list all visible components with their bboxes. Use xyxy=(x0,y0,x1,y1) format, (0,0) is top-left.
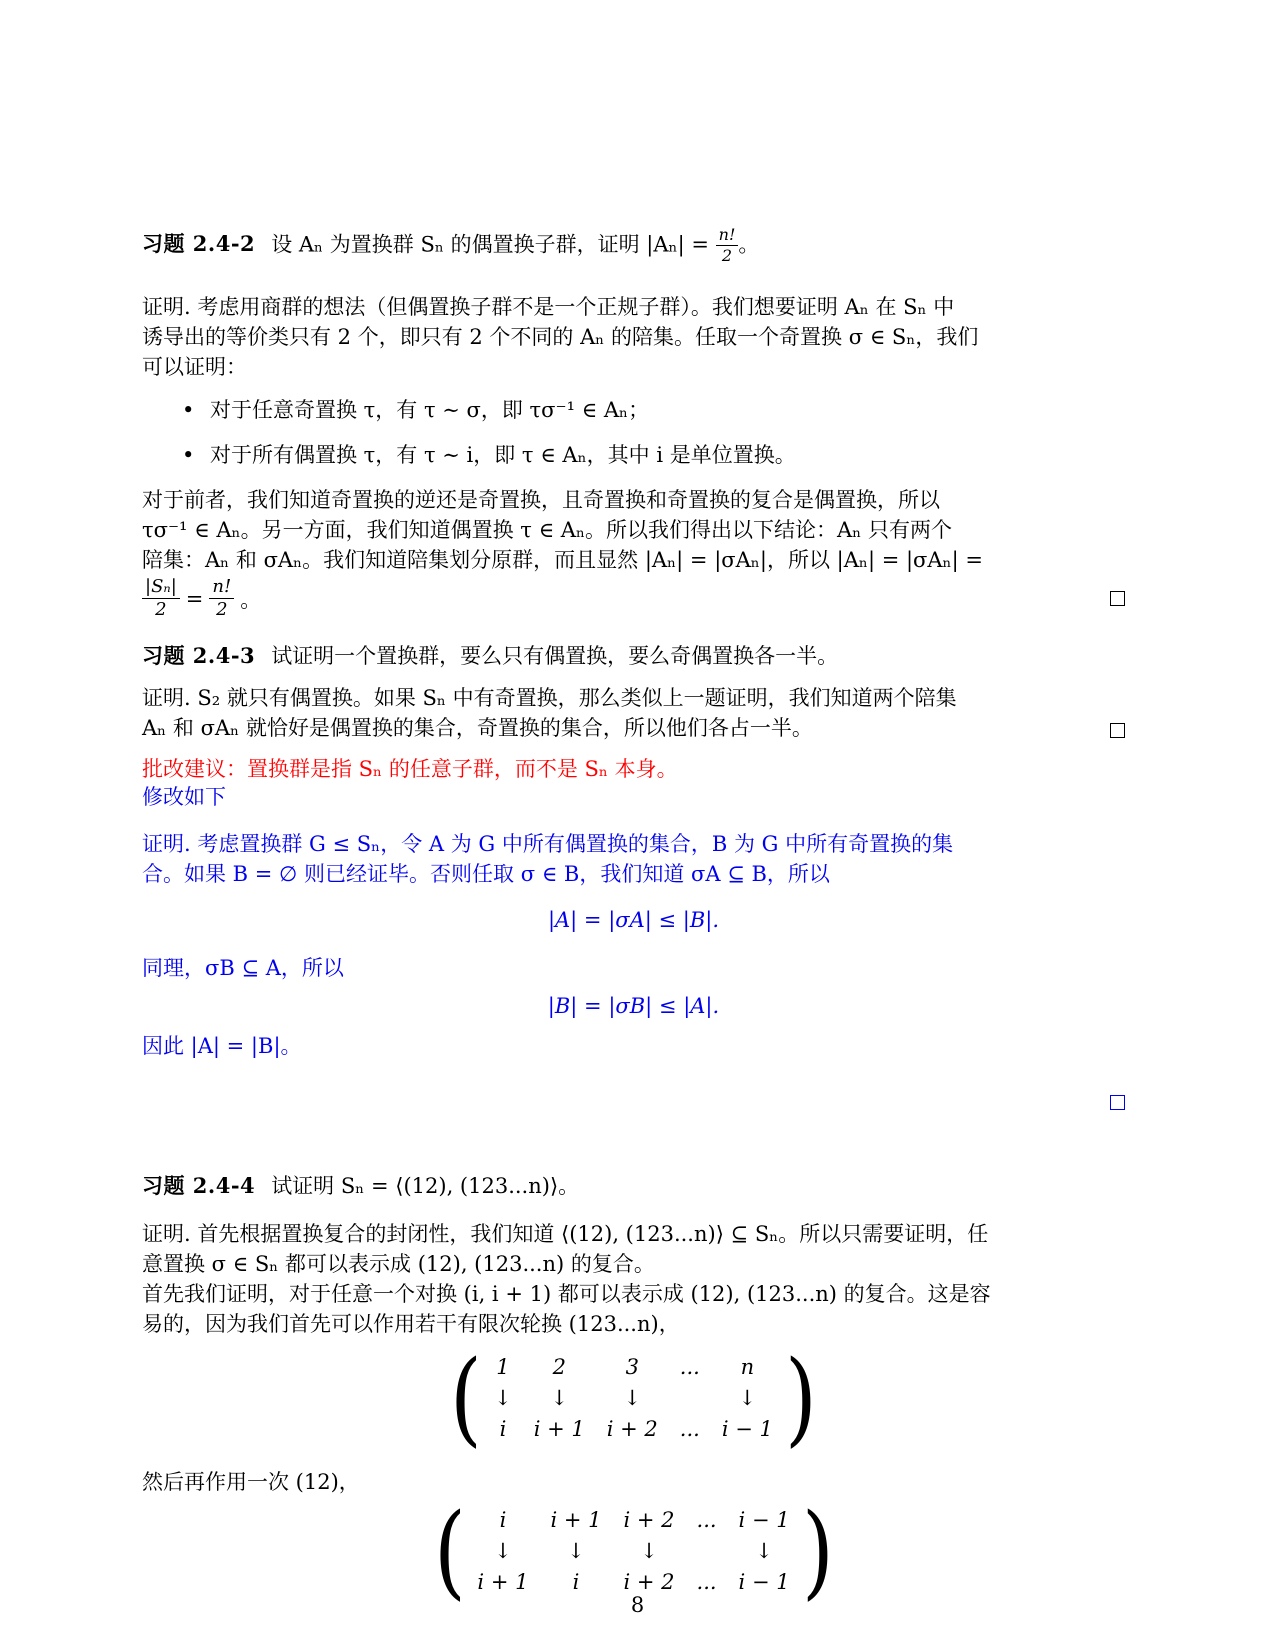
exercise-243-label: 习题 2.4-3 xyxy=(142,643,255,668)
page-number: 8 xyxy=(0,1593,1275,1617)
qed-box xyxy=(1110,591,1125,606)
down-arrow-icon: ↓ xyxy=(722,1383,773,1414)
down-arrow-icon: ↓ xyxy=(623,1536,674,1567)
exercise-242-statement: 设 Aₙ 为置换群 Sₙ 的偶置换子群，证明 |Aₙ| = xyxy=(271,232,715,256)
matrix-2-grid: i i + 1 i + 2 ... i − 1 ↓ ↓ ↓ ↓ i + 1 i … xyxy=(469,1505,797,1598)
exercise-242-label: 习题 2.4-2 xyxy=(142,231,255,256)
sentence-end: 。 xyxy=(240,584,261,614)
exercise-243-heading: 习题 2.4-3试证明一个置换群，要么只有偶置换，要么奇偶置换各一半。 xyxy=(142,641,1125,671)
down-arrow-icon: ↓ xyxy=(607,1383,658,1414)
fraction-n-factorial-over-2: n!2 xyxy=(716,226,739,266)
down-arrow-icon: ↓ xyxy=(550,1536,601,1567)
review-note: 批改建议：置换群是指 Sₙ 的任意子群，而不是 Sₙ 本身。 xyxy=(142,755,1125,783)
exercise-243-statement: 试证明一个置换群，要么只有偶置换，要么奇偶置换各一半。 xyxy=(271,644,838,668)
revised-proof-qed-line xyxy=(142,1095,1125,1111)
permutation-matrix-2: ( i i + 1 i + 2 ... i − 1 ↓ ↓ ↓ ↓ i + 1 … xyxy=(142,1502,1125,1602)
matrix-cell: i − 1 xyxy=(722,1414,773,1445)
matrix-cell: i + 2 xyxy=(607,1414,658,1445)
proof-243-block: 证明. S₂ 就只有偶置换。如果 Sₙ 中有奇置换，那么类似上一题证明，我们知道… xyxy=(142,683,1125,743)
proof-242-paragraph-2: 对于前者，我们知道奇置换的逆还是奇置换，且奇置换和奇置换的复合是偶置换，所以 τ… xyxy=(142,485,1125,575)
matrix-cell: 1 xyxy=(494,1352,512,1383)
matrix-cell: ... xyxy=(697,1505,717,1536)
matrix-cell: i xyxy=(494,1414,512,1445)
matrix-cell: n xyxy=(722,1352,773,1383)
bullet-item-odd-permutation: 对于任意奇置换 τ，有 τ ∼ σ，即 τσ⁻¹ ∈ Aₙ； xyxy=(210,395,1125,425)
equals-sign: = xyxy=(186,587,204,611)
exercise-242-heading: 习题 2.4-2设 Aₙ 为置换群 Sₙ 的偶置换子群，证明 |Aₙ| = n!… xyxy=(142,226,1125,266)
proof-242-final-equation-line: |Sₙ|2 = n!2 。 xyxy=(142,575,1125,623)
matrix-cell: ... xyxy=(680,1414,700,1445)
proof-242-bullet-list: 对于任意奇置换 τ，有 τ ∼ σ，即 τσ⁻¹ ∈ Aₙ； 对于所有偶置换 τ… xyxy=(142,395,1125,470)
final-equation: |Sₙ|2 = n!2 。 xyxy=(142,577,261,621)
left-parenthesis: ( xyxy=(450,1349,482,1449)
proof-243-paragraph: 证明. S₂ 就只有偶置换。如果 Sₙ 中有奇置换，那么类似上一题证明，我们知道… xyxy=(142,683,1125,743)
matrix-cell: 2 xyxy=(534,1352,585,1383)
down-arrow-icon: ↓ xyxy=(494,1383,512,1414)
document-page: 习题 2.4-2设 Aₙ 为置换群 Sₙ 的偶置换子群，证明 |Aₙ| = n!… xyxy=(0,0,1275,1650)
proof-244-mid-text: 然后再作用一次 (12)， xyxy=(142,1467,1125,1497)
revised-proof-paragraph-2: 同理，σB ⊆ A，所以 xyxy=(142,953,1125,983)
revised-proof-paragraph-3: 因此 |A| = |B|。 xyxy=(142,1031,1125,1061)
fraction-n-factorial-over-2: n!2 xyxy=(209,577,234,621)
matrix-cell: 3 xyxy=(607,1352,658,1383)
page-content: 习题 2.4-2设 Aₙ 为置换群 Sₙ 的偶置换子群，证明 |Aₙ| = n!… xyxy=(142,226,1125,1602)
down-arrow-icon: ↓ xyxy=(739,1536,790,1567)
exercise-244-label: 习题 2.4-4 xyxy=(142,1173,255,1198)
right-parenthesis: ) xyxy=(802,1502,834,1602)
exercise-244-statement: 试证明 Sₙ = ⟨(12), (123...n)⟩。 xyxy=(271,1174,579,1198)
matrix-cell: i + 1 xyxy=(550,1505,601,1536)
matrix-cell: i − 1 xyxy=(739,1505,790,1536)
permutation-matrix-1: ( 1 2 3 ... n ↓ ↓ ↓ ↓ i i + 1 i + 2 ... … xyxy=(142,1349,1125,1449)
left-parenthesis: ( xyxy=(434,1502,466,1602)
revised-proof-paragraph-1: 证明. 考虑置换群 G ≤ Sₙ，令 A 为 G 中所有偶置换的集合，B 为 G… xyxy=(142,829,1125,889)
matrix-cell-empty xyxy=(680,1383,700,1414)
fraction-sn-over-2: |Sₙ|2 xyxy=(142,577,180,621)
proof-244-paragraph-1: 证明. 首先根据置换复合的封闭性，我们知道 ⟨(12), (123...n)⟩ … xyxy=(142,1219,1125,1339)
matrix-1-grid: 1 2 3 ... n ↓ ↓ ↓ ↓ i i + 1 i + 2 ... i … xyxy=(486,1352,781,1445)
qed-box xyxy=(1110,723,1125,738)
down-arrow-icon: ↓ xyxy=(534,1383,585,1414)
qed-box-blue xyxy=(1110,1095,1125,1110)
revised-equation-1: |A| = |σA| ≤ |B|. xyxy=(142,905,1125,935)
proof-242-paragraph-1: 证明. 考虑用商群的想法（但偶置换子群不是一个正规子群）。我们想要证明 Aₙ 在… xyxy=(142,292,1125,382)
revision-intro: 修改如下 xyxy=(142,783,1125,811)
right-parenthesis: ) xyxy=(785,1349,817,1449)
exercise-244-heading: 习题 2.4-4试证明 Sₙ = ⟨(12), (123...n)⟩。 xyxy=(142,1171,1125,1201)
revised-equation-2: |B| = |σB| ≤ |A|. xyxy=(142,991,1125,1021)
matrix-cell-empty xyxy=(697,1536,717,1567)
matrix-cell: ... xyxy=(680,1352,700,1383)
bullet-item-even-permutation: 对于所有偶置换 τ，有 τ ∼ i，即 τ ∈ Aₙ，其中 i 是单位置换。 xyxy=(210,440,1125,470)
down-arrow-icon: ↓ xyxy=(477,1536,528,1567)
matrix-cell: i + 2 xyxy=(623,1505,674,1536)
matrix-cell: i + 1 xyxy=(534,1414,585,1445)
matrix-cell: i xyxy=(477,1505,528,1536)
exercise-242-statement-end: 。 xyxy=(738,232,759,256)
